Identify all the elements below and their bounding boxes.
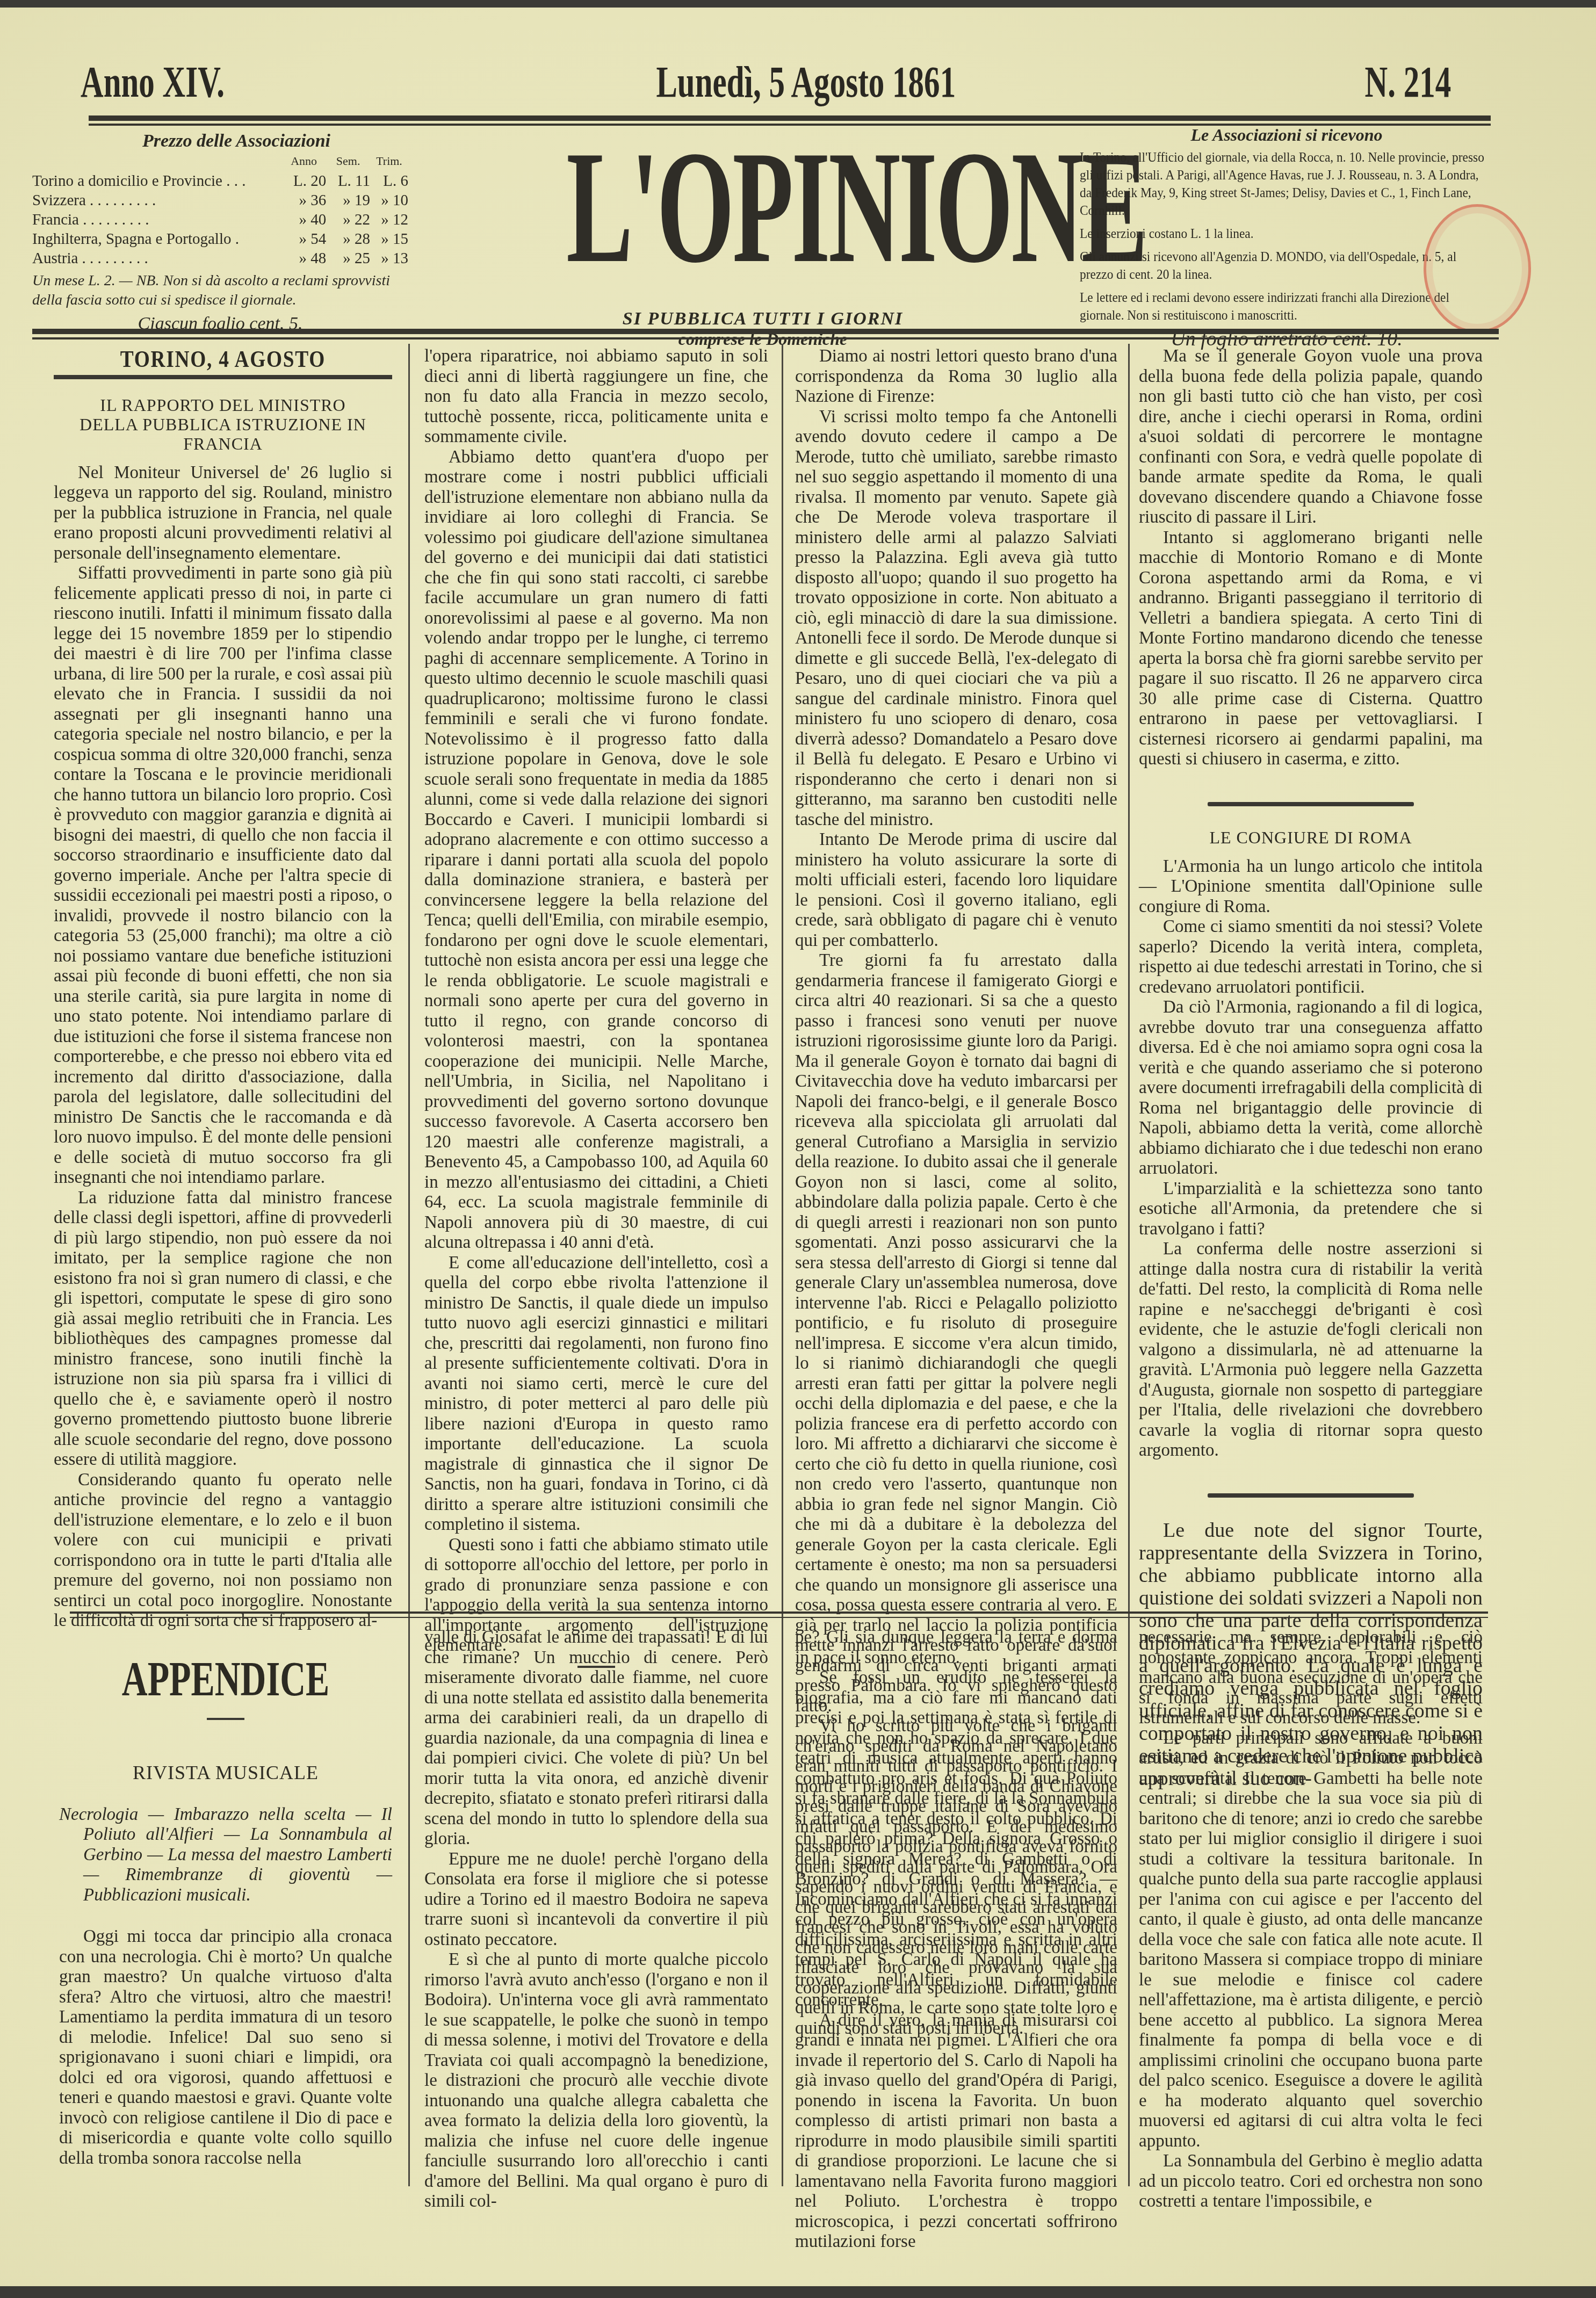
price-row: Inghilterra, Spagna e Portogallo .» 54» … — [32, 229, 408, 249]
article-paragraph: La conferma delle nostre asserzioni si a… — [1139, 1239, 1483, 1461]
appendice-paragraph: valle di Giosafat le anime dei trapassat… — [424, 1628, 768, 1849]
article-paragraph: L'imparzialità e la schiettezza sono tan… — [1139, 1179, 1483, 1240]
price-cell-anno: » 40 — [281, 210, 326, 229]
article-paragraph: Nel Moniteur Universel de' 26 luglio si … — [54, 463, 392, 564]
publication-frequency: SI PUBBLICA TUTTI I GIORNI — [446, 309, 1080, 329]
price-cell-place: Inghilterra, Spagna e Portogallo . — [32, 229, 281, 249]
issue-number: N. 214 — [1364, 57, 1451, 107]
column-rule — [782, 344, 783, 2186]
price-cell-anno: » 48 — [281, 249, 326, 268]
appendice-paragraph: E sì che al punto di morte qualche picco… — [424, 1950, 768, 2212]
article-paragraph: Siffatti provvedimenti in parte sono già… — [54, 563, 392, 1188]
appendice-paragraph: Se fossi un erudito ne tesserei la biogr… — [795, 1668, 1117, 2011]
price-col-sem: Sem. — [326, 151, 370, 171]
article-paragraph: Come ci siamo smentiti da noi stessi? Vo… — [1139, 917, 1483, 998]
title-dash — [207, 1718, 244, 1720]
price-cell-place: Torino a domicilio e Provincie . . . — [32, 171, 281, 191]
price-row: Svizzera . . . . . . . . .» 36» 19» 10 — [32, 191, 408, 210]
price-row: Torino a domicilio e Provincie . . .L. 2… — [32, 171, 408, 191]
price-row: Francia . . . . . . . . .» 40» 22» 12 — [32, 210, 408, 229]
price-cell-place: Austria . . . . . . . . . — [32, 249, 281, 268]
section-rule — [54, 375, 392, 379]
subscriptions-header: Le Associazioni si ricevono — [1080, 126, 1493, 144]
newspaper-page: Anno XIV. Lunedì, 5 Agosto 1861 N. 214 P… — [0, 0, 1596, 2298]
column-2: l'opera riparatrice, noi abbiamo saputo … — [424, 346, 768, 1678]
scan-edge-bottom — [0, 2286, 1596, 2298]
article-paragraph: Intanto si agglomerano briganti nelle ma… — [1139, 528, 1483, 770]
appendice-paragraph: pe? Gli sia dunque leggera la terra e do… — [795, 1628, 1117, 1668]
price-cell-sem: L. 11 — [326, 171, 370, 191]
section-rule — [1208, 1493, 1414, 1498]
year-label: Anno XIV. — [81, 57, 225, 107]
article-paragraph: Abbiamo detto quant'era d'uopo per mostr… — [424, 447, 768, 1253]
appendice-paragraph: Le parti principali sono affidate a buon… — [1139, 1729, 1483, 2152]
article-paragraph: Ma se il generale Goyon vuole una prova … — [1139, 346, 1483, 528]
article-paragraph: Intanto De Merode prima di uscire dal mi… — [795, 830, 1117, 951]
column-rule — [1128, 344, 1130, 2186]
appendice-column-3: pe? Gli sia dunque leggera la terra e do… — [795, 1628, 1117, 2252]
article-paragraph: Considerando quanto fu operato nelle ant… — [54, 1470, 392, 1631]
article-paragraph: l'opera riparatrice, noi abbiamo saputo … — [424, 346, 768, 447]
prices-header: Prezzo delle Associazioni — [64, 132, 408, 151]
appendice-rule-thin — [70, 1617, 1488, 1618]
price-table: Anno Sem. Trim. Torino a domicilio e Pro… — [32, 151, 408, 268]
dateline: TORINO, 4 AGOSTO — [79, 349, 367, 370]
price-cell-trim: » 15 — [370, 229, 408, 249]
appendice-column-2: valle di Giosafat le anime dei trapassat… — [424, 1628, 768, 2212]
appendice-paragraph: La Sonnambula del Gerbino è meglio adatt… — [1139, 2151, 1483, 2212]
price-cell-anno: » 54 — [281, 229, 326, 249]
column-1: TORINO, 4 AGOSTO IL RAPPORTO DEL MINISTR… — [54, 349, 392, 1631]
article-paragraph: Tre giorni fa fu arrestato dalla gendarm… — [795, 951, 1117, 1716]
appendice-title: APPENDICE — [106, 1649, 345, 1708]
appendice-column-4: necessarie ma sempre deplorabili e ciò n… — [1139, 1628, 1483, 2212]
price-cell-sem: » 22 — [326, 210, 370, 229]
price-col-anno: Anno — [281, 151, 326, 171]
price-cell-sem: » 28 — [326, 229, 370, 249]
article-headline: LE CONGIURE DI ROMA — [1139, 828, 1483, 847]
appendice-column-1: APPENDICE RIVISTA MUSICALE Necrologia — … — [59, 1628, 392, 2169]
masthead-rule-bottom — [32, 329, 1499, 334]
appendice-paragraph: A dire il vero, la mania di misurarsi co… — [795, 2011, 1117, 2252]
issue-date: Lunedì, 5 Agosto 1861 — [656, 57, 956, 107]
price-col-trim: Trim. — [370, 151, 408, 171]
appendice-rule — [70, 1612, 1488, 1614]
column-rule — [408, 344, 410, 2186]
price-cell-anno: L. 20 — [281, 171, 326, 191]
appendice-contents: Necrologia — Imbarazzo nella scelta — Il… — [59, 1805, 392, 1906]
appendice-paragraph: Eppure me ne duole! perchè l'organo dell… — [424, 1849, 768, 1950]
price-cell-trim: » 10 — [370, 191, 408, 210]
article-paragraph: Vi scrissi molto tempo fa che Antonelli … — [795, 407, 1117, 830]
price-row: Austria . . . . . . . . .» 48» 25» 13 — [32, 249, 408, 268]
subscription-prices: Prezzo delle Associazioni Anno Sem. Trim… — [32, 132, 408, 334]
article-headline: IL RAPPORTO DEL MINISTRO DELLA PUBBLICA … — [54, 395, 392, 453]
subscription-line: In Torino, all'Ufficio del giornale, via… — [1080, 148, 1493, 219]
price-cell-trim: » 13 — [370, 249, 408, 268]
price-cell-trim: L. 6 — [370, 171, 408, 191]
price-cell-sem: » 25 — [326, 249, 370, 268]
scan-edge-top — [0, 0, 1596, 8]
masthead-rule-bottom-thin — [32, 337, 1499, 339]
article-paragraph: E come all'educazione dell'intelletto, c… — [424, 1253, 768, 1535]
masthead-dateline: Anno XIV. Lunedì, 5 Agosto 1861 N. 214 — [81, 32, 1451, 107]
section-rule — [1208, 802, 1414, 806]
column-4: Ma se il generale Goyon vuole una prova … — [1139, 346, 1483, 1790]
article-paragraph: Da ciò l'Armonia, ragionando a fil di lo… — [1139, 998, 1483, 1179]
price-cell-sem: » 19 — [326, 191, 370, 210]
price-cell-anno: » 36 — [281, 191, 326, 210]
appendice-paragraph: Oggi mi tocca dar principio alla cronaca… — [59, 1927, 392, 2169]
article-paragraph: Diamo ai nostri lettori questo brano d'u… — [795, 346, 1117, 407]
price-cell-trim: » 12 — [370, 210, 408, 229]
appendice-section: RIVISTA MUSICALE — [59, 1763, 392, 1783]
article-paragraph: L'Armonia ha un lungo articolo che intit… — [1139, 857, 1483, 917]
masthead-title-block: L'OPINIONE SI PUBBLICA TUTTI I GIORNI co… — [446, 126, 1080, 349]
price-cell-place: Francia . . . . . . . . . — [32, 210, 281, 229]
appendice-paragraph: necessarie ma sempre deplorabili e ciò n… — [1139, 1628, 1483, 1729]
library-stamp — [1424, 204, 1531, 333]
article-paragraph: La riduzione fatta dal ministro francese… — [54, 1188, 392, 1470]
price-cell-place: Svizzera . . . . . . . . . — [32, 191, 281, 210]
newspaper-title: L'OPINIONE — [566, 126, 959, 287]
prices-note: Un mese L. 2. — NB. Non si dà ascolto a … — [32, 271, 408, 310]
